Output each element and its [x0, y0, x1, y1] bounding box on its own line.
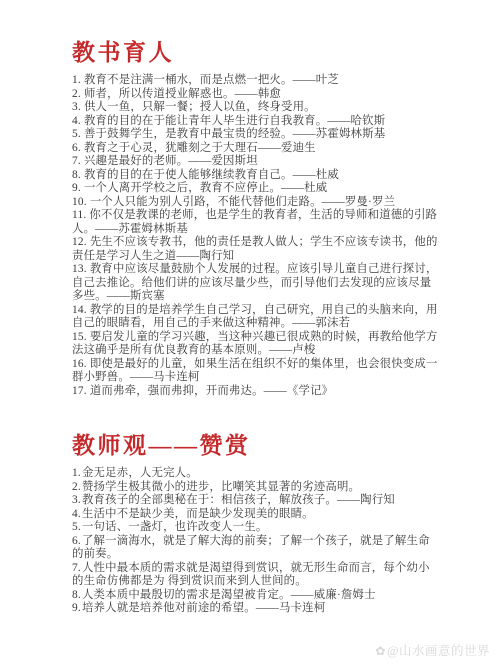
document-page: 教书育人 1.教育不是注满一桶水，而是点燃一把火。——叶芝 2.师者，所以传道授… [0, 0, 500, 666]
quote-item: 7.兴趣是最好的老师。——爱因斯坦 [72, 155, 440, 169]
item-number: 5. [72, 128, 81, 140]
item-number: 9. [72, 602, 81, 614]
quote-item: 14.教学的目的是培养学生自己学习，自己研究，用自己的头脑来向，用自己的眼睛看，… [72, 304, 440, 331]
quote-item: 2.赞扬学生极其微小的进步，比嘲笑其显著的劣迹高明。 [72, 481, 440, 495]
section-title-teaching: 教书育人 [72, 40, 440, 66]
item-number: 7. [72, 155, 81, 167]
item-text: 你不仅是教课的老师，也是学生的教育者，生活的导师和道德的引路人。——苏霍姆林斯基 [72, 209, 437, 235]
quote-item: 4.生活中不是缺少美，而是缺少发现美的眼睛。 [72, 508, 440, 522]
item-number: 17. [72, 385, 87, 397]
item-text: 赞扬学生极其微小的进步，比嘲笑其显著的劣迹高明。 [82, 481, 360, 493]
quote-item: 6.了解一滴海水，就是了解大海的前奏；了解一个孩子，就是了解生命的前奏。 [72, 535, 440, 562]
quote-item: 3.教育孩子的全部奥秘在于：相信孩子，解放孩子。——陶行知 [72, 494, 440, 508]
item-number: 3. [72, 494, 81, 506]
item-number: 14. [72, 304, 87, 316]
item-text: 教育孩子的全部奥秘在于：相信孩子，解放孩子。——陶行知 [82, 494, 395, 506]
item-number: 15. [72, 331, 87, 343]
item-text: 师者，所以传道授业解惑也。——韩愈 [84, 88, 281, 100]
item-text: 教育之于心灵，犹雕刻之于大理石——爱迪生 [84, 142, 316, 154]
item-number: 8. [72, 589, 81, 601]
item-number: 11. [72, 209, 86, 221]
quote-item: 1.教育不是注满一桶水，而是点燃一把火。——叶芝 [72, 74, 440, 88]
quote-item: 4.教育的目的在于能让青年人毕生进行自我教育。——哈钦斯 [72, 115, 440, 129]
item-text: 兴趣是最好的老师。——爱因斯坦 [84, 155, 258, 167]
item-number: 2. [72, 88, 81, 100]
item-text: 人类本质中最殷切的需求是渴望被肯定。——威廉·詹姆士 [82, 589, 376, 601]
quote-item: 8.教育的目的在于使人能够继续教育自己。——杜威 [72, 169, 440, 183]
quote-item: 5.一句话、一盏灯，也许改变人一生。 [72, 521, 440, 535]
item-number: 1. [72, 467, 81, 479]
item-number: 12. [72, 236, 87, 248]
item-text: 了解一滴海水，就是了解大海的前奏；了解一个孩子，就是了解生命的前奏。 [72, 535, 430, 561]
item-number: 6. [72, 535, 81, 547]
item-text: 道而弗牵，强而弗抑，开而弗达。——《学记》 [90, 385, 333, 397]
item-number: 6. [72, 142, 81, 154]
quote-item: 16.即使是最好的儿童，如果生活在组织不好的集体里，也会很快变成一群小野兽。——… [72, 358, 440, 385]
item-text: 先生不应该专教书，他的责任是教人做人；学生不应该专读书，他的责任是学习人生之道—… [72, 236, 438, 262]
item-text: 教育中应该尽量鼓励个人发展的过程。应该引导儿童自己进行探讨，自己去推论。给他们讲… [72, 263, 438, 302]
item-text: 教育的目的在于使人能够继续教育自己。——杜威 [84, 169, 339, 181]
item-text: 一句话、一盏灯，也许改变人一生。 [82, 521, 267, 533]
item-number: 10. [72, 196, 87, 208]
quote-item: 9.培养人就是培养他对前途的希望。——马卡连柯 [72, 602, 440, 616]
quote-list-teaching: 1.教育不是注满一桶水，而是点燃一把火。——叶芝 2.师者，所以传道授业解惑也。… [72, 74, 440, 398]
quote-item: 10.一个人只能为别人引路，不能代替他们走路。——罗曼·罗兰 [72, 196, 440, 210]
quote-item: 8.人类本质中最殷切的需求是渴望被肯定。——威廉·詹姆士 [72, 589, 440, 603]
item-number: 4. [72, 115, 81, 127]
item-number: 1. [72, 74, 81, 86]
quote-item: 3.供人一鱼，只解一餐；授人以鱼，终身受用。 [72, 101, 440, 115]
item-text: 善于鼓舞学生，是教育中最宝贵的经验。——苏霍姆林斯基 [84, 128, 385, 140]
item-number: 4. [72, 508, 81, 520]
quote-item: 17.道而弗牵，强而弗抑，开而弗达。——《学记》 [72, 385, 440, 399]
quote-item: 9.一个人离开学校之后，教育不应停止。——杜威 [72, 182, 440, 196]
item-number: 13. [72, 263, 87, 275]
watermark-text: @山水画意的世界 [387, 644, 490, 658]
item-text: 教育的目的在于能让青年人毕生进行自我教育。——哈钦斯 [84, 115, 385, 127]
item-number: 5. [72, 521, 81, 533]
quote-item: 11.你不仅是教课的老师，也是学生的教育者，生活的导师和道德的引路人。——苏霍姆… [72, 209, 440, 236]
quote-item: 2.师者，所以传道授业解惑也。——韩愈 [72, 88, 440, 102]
quote-item: 7.人性中最本质的需求就是渴望得到赏识，就无形生命而言，每个幼小的生命仿佛都是为… [72, 562, 440, 589]
item-number: 9. [72, 182, 81, 194]
item-text: 供人一鱼，只解一餐；授人以鱼，终身受用。 [84, 101, 316, 113]
quote-list-appreciation: 1.金无足赤，人无完人。 2.赞扬学生极其微小的进步，比嘲笑其显著的劣迹高明。 … [72, 467, 440, 616]
quote-item: 1.金无足赤，人无完人。 [72, 467, 440, 481]
item-text: 生活中不是缺少美，而是缺少发现美的眼睛。 [82, 508, 314, 520]
quote-item: 6.教育之于心灵，犹雕刻之于大理石——爱迪生 [72, 142, 440, 156]
item-text: 一个人离开学校之后，教育不应停止。——杜威 [84, 182, 327, 194]
section-appreciation: 教师观——赞赏 1.金无足赤，人无完人。 2.赞扬学生极其微小的进步，比嘲笑其显… [72, 433, 440, 616]
flower-icon: ✿ [375, 644, 386, 658]
item-text: 要启发儿童的学习兴趣，当这种兴趣已很成熟的时候，再教给他学方法这确乎是所有优良教… [72, 331, 438, 357]
item-text: 人性中最本质的需求就是渴望得到赏识，就无形生命而言，每个幼小的生命仿佛都是为 得… [72, 562, 430, 588]
item-text: 培养人就是培养他对前途的希望。——马卡连柯 [82, 602, 325, 614]
quote-item: 12.先生不应该专教书，他的责任是教人做人；学生不应该专读书，他的责任是学习人生… [72, 236, 440, 263]
item-number: 8. [72, 169, 81, 181]
item-number: 3. [72, 101, 81, 113]
item-number: 2. [72, 481, 81, 493]
section-teaching: 教书育人 1.教育不是注满一桶水，而是点燃一把火。——叶芝 2.师者，所以传道授… [72, 40, 440, 398]
item-text: 金无足赤，人无完人。 [82, 467, 198, 479]
item-number: 16. [72, 358, 87, 370]
quote-item: 15.要启发儿童的学习兴趣，当这种兴趣已很成熟的时候，再教给他学方法这确乎是所有… [72, 331, 440, 358]
quote-item: 5.善于鼓舞学生，是教育中最宝贵的经验。——苏霍姆林斯基 [72, 128, 440, 142]
quote-item: 13.教育中应该尽量鼓励个人发展的过程。应该引导儿童自己进行探讨，自己去推论。给… [72, 263, 440, 304]
item-text: 即使是最好的儿童，如果生活在组织不好的集体里，也会很快变成一群小野兽。——马卡连… [72, 358, 438, 384]
section-title-appreciation: 教师观——赞赏 [72, 433, 440, 459]
item-text: 教育不是注满一桶水，而是点燃一把火。——叶芝 [84, 74, 339, 86]
watermark: ✿@山水画意的世界 [375, 641, 490, 659]
item-number: 7. [72, 562, 81, 574]
item-text: 教学的目的是培养学生自己学习，自己研究，用自己的头脑来向，用自己的眼睛看，用自己… [72, 304, 438, 330]
item-text: 一个人只能为别人引路，不能代替他们走路。——罗曼·罗兰 [90, 196, 395, 208]
